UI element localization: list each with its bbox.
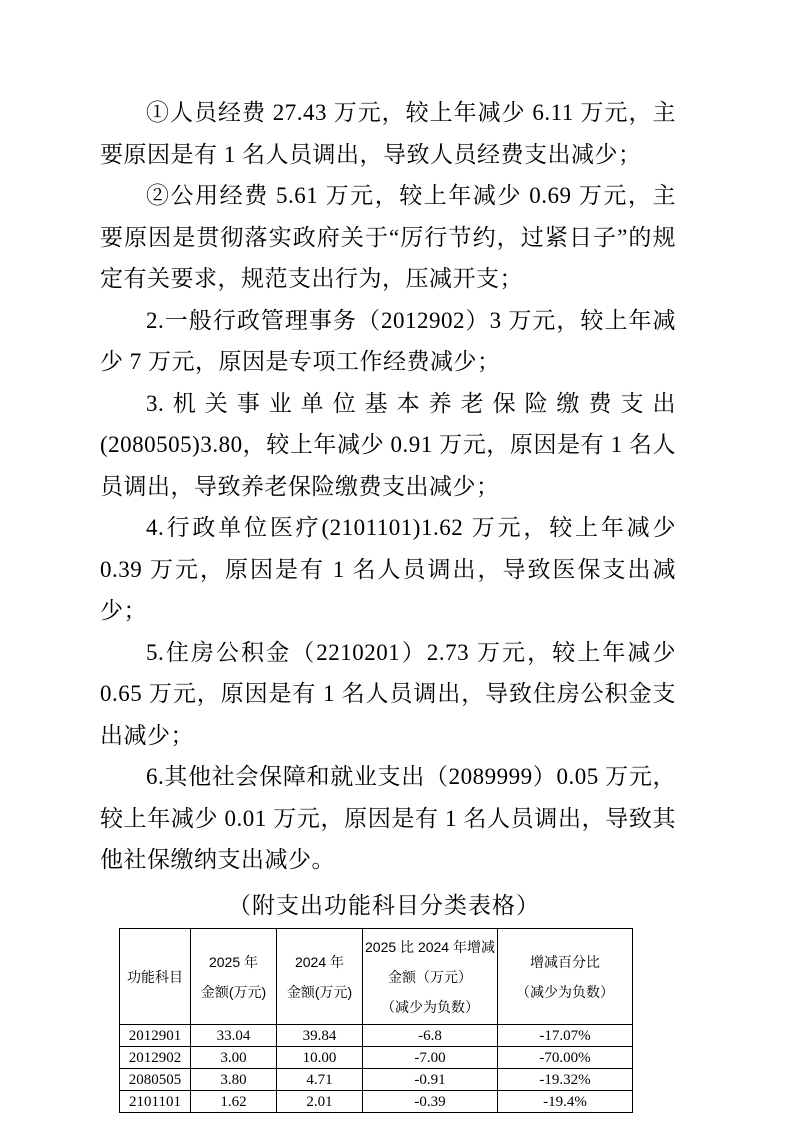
cell-change-percent: -70.00%: [498, 1047, 633, 1069]
header-text: 功能科目: [120, 962, 190, 992]
cell-change-percent: -17.07%: [498, 1025, 633, 1047]
document-page: ①人员经费 27.43 万元，较上年减少 6.11 万元，主要原因是有 1 名人…: [0, 0, 793, 1122]
table-caption: （附支出功能科目分类表格）: [100, 885, 676, 927]
table-row: 2080505 3.80 4.71 -0.91 -19.32%: [120, 1069, 633, 1091]
table-row: 2012901 33.04 39.84 -6.8 -17.07%: [120, 1025, 633, 1047]
table-row: 2012902 3.00 10.00 -7.00 -70.00%: [120, 1047, 633, 1069]
paragraph-medical: 4.行政单位医疗(2101101)1.62 万元，较上年减少 0.39 万元，原…: [100, 507, 676, 632]
paragraph-public-funds: ②公用经费 5.61 万元，较上年减少 0.69 万元，主要原因是贯彻落实政府关…: [100, 175, 676, 300]
cell-2025-amount: 3.00: [191, 1047, 277, 1069]
cell-2025-amount: 1.62: [191, 1091, 277, 1113]
paragraph-general-admin: 2.一般行政管理事务（2012902）3 万元，较上年减少 7 万元，原因是专项…: [100, 300, 676, 383]
cell-2024-amount: 2.01: [277, 1091, 363, 1113]
header-cell-2024-amount: 2024 年 金额(万元): [277, 929, 363, 1025]
cell-2024-amount: 10.00: [277, 1047, 363, 1069]
cell-change-amount: -0.39: [363, 1091, 498, 1113]
header-text: 金额（万元）: [363, 962, 497, 992]
table-header-row: 功能科目 2025 年 金额(万元) 2024 年 金额(万元) 2025 比 …: [120, 929, 633, 1025]
table-row: 2101101 1.62 2.01 -0.39 -19.4%: [120, 1091, 633, 1113]
cell-2025-amount: 33.04: [191, 1025, 277, 1047]
paragraph-personnel-funds: ①人员经费 27.43 万元，较上年减少 6.11 万元，主要原因是有 1 名人…: [100, 92, 676, 175]
expenditure-function-table: 功能科目 2025 年 金额(万元) 2024 年 金额(万元) 2025 比 …: [119, 928, 633, 1113]
header-text: （减少为负数）: [498, 977, 632, 1007]
cell-function-code: 2012901: [120, 1025, 191, 1047]
document-body: ①人员经费 27.43 万元，较上年减少 6.11 万元，主要原因是有 1 名人…: [100, 92, 676, 1113]
cell-2024-amount: 39.84: [277, 1025, 363, 1047]
paragraph-pension-insurance: 3.机关事业单位基本养老保险缴费支出(2080505)3.80，较上年减少 0.…: [100, 383, 676, 508]
cell-function-code: 2012902: [120, 1047, 191, 1069]
cell-2024-amount: 4.71: [277, 1069, 363, 1091]
cell-function-code: 2101101: [120, 1091, 191, 1113]
header-text: 金额(万元): [277, 977, 362, 1007]
header-text: （减少为负数）: [363, 992, 497, 1022]
cell-change-amount: -0.91: [363, 1069, 498, 1091]
header-cell-change-percent: 增减百分比 （减少为负数）: [498, 929, 633, 1025]
cell-change-amount: -6.8: [363, 1025, 498, 1047]
header-cell-function-subject: 功能科目: [120, 929, 191, 1025]
cell-function-code: 2080505: [120, 1069, 191, 1091]
header-cell-2025-amount: 2025 年 金额(万元): [191, 929, 277, 1025]
header-text: 金额(万元): [191, 977, 276, 1007]
header-text: 2024 年: [277, 947, 362, 977]
cell-2025-amount: 3.80: [191, 1069, 277, 1091]
paragraph-other-social-security: 6.其他社会保障和就业支出（2089999）0.05 万元，较上年减少 0.01…: [100, 756, 676, 881]
header-text: 增减百分比: [498, 947, 632, 977]
cell-change-percent: -19.4%: [498, 1091, 633, 1113]
cell-change-percent: -19.32%: [498, 1069, 633, 1091]
header-text: 2025 年: [191, 947, 276, 977]
paragraph-housing-fund: 5.住房公积金（2210201）2.73 万元，较上年减少 0.65 万元，原因…: [100, 632, 676, 757]
cell-change-amount: -7.00: [363, 1047, 498, 1069]
header-cell-change-amount: 2025 比 2024 年增减 金额（万元） （减少为负数）: [363, 929, 498, 1025]
header-text: 2025 比 2024 年增减: [363, 932, 497, 962]
